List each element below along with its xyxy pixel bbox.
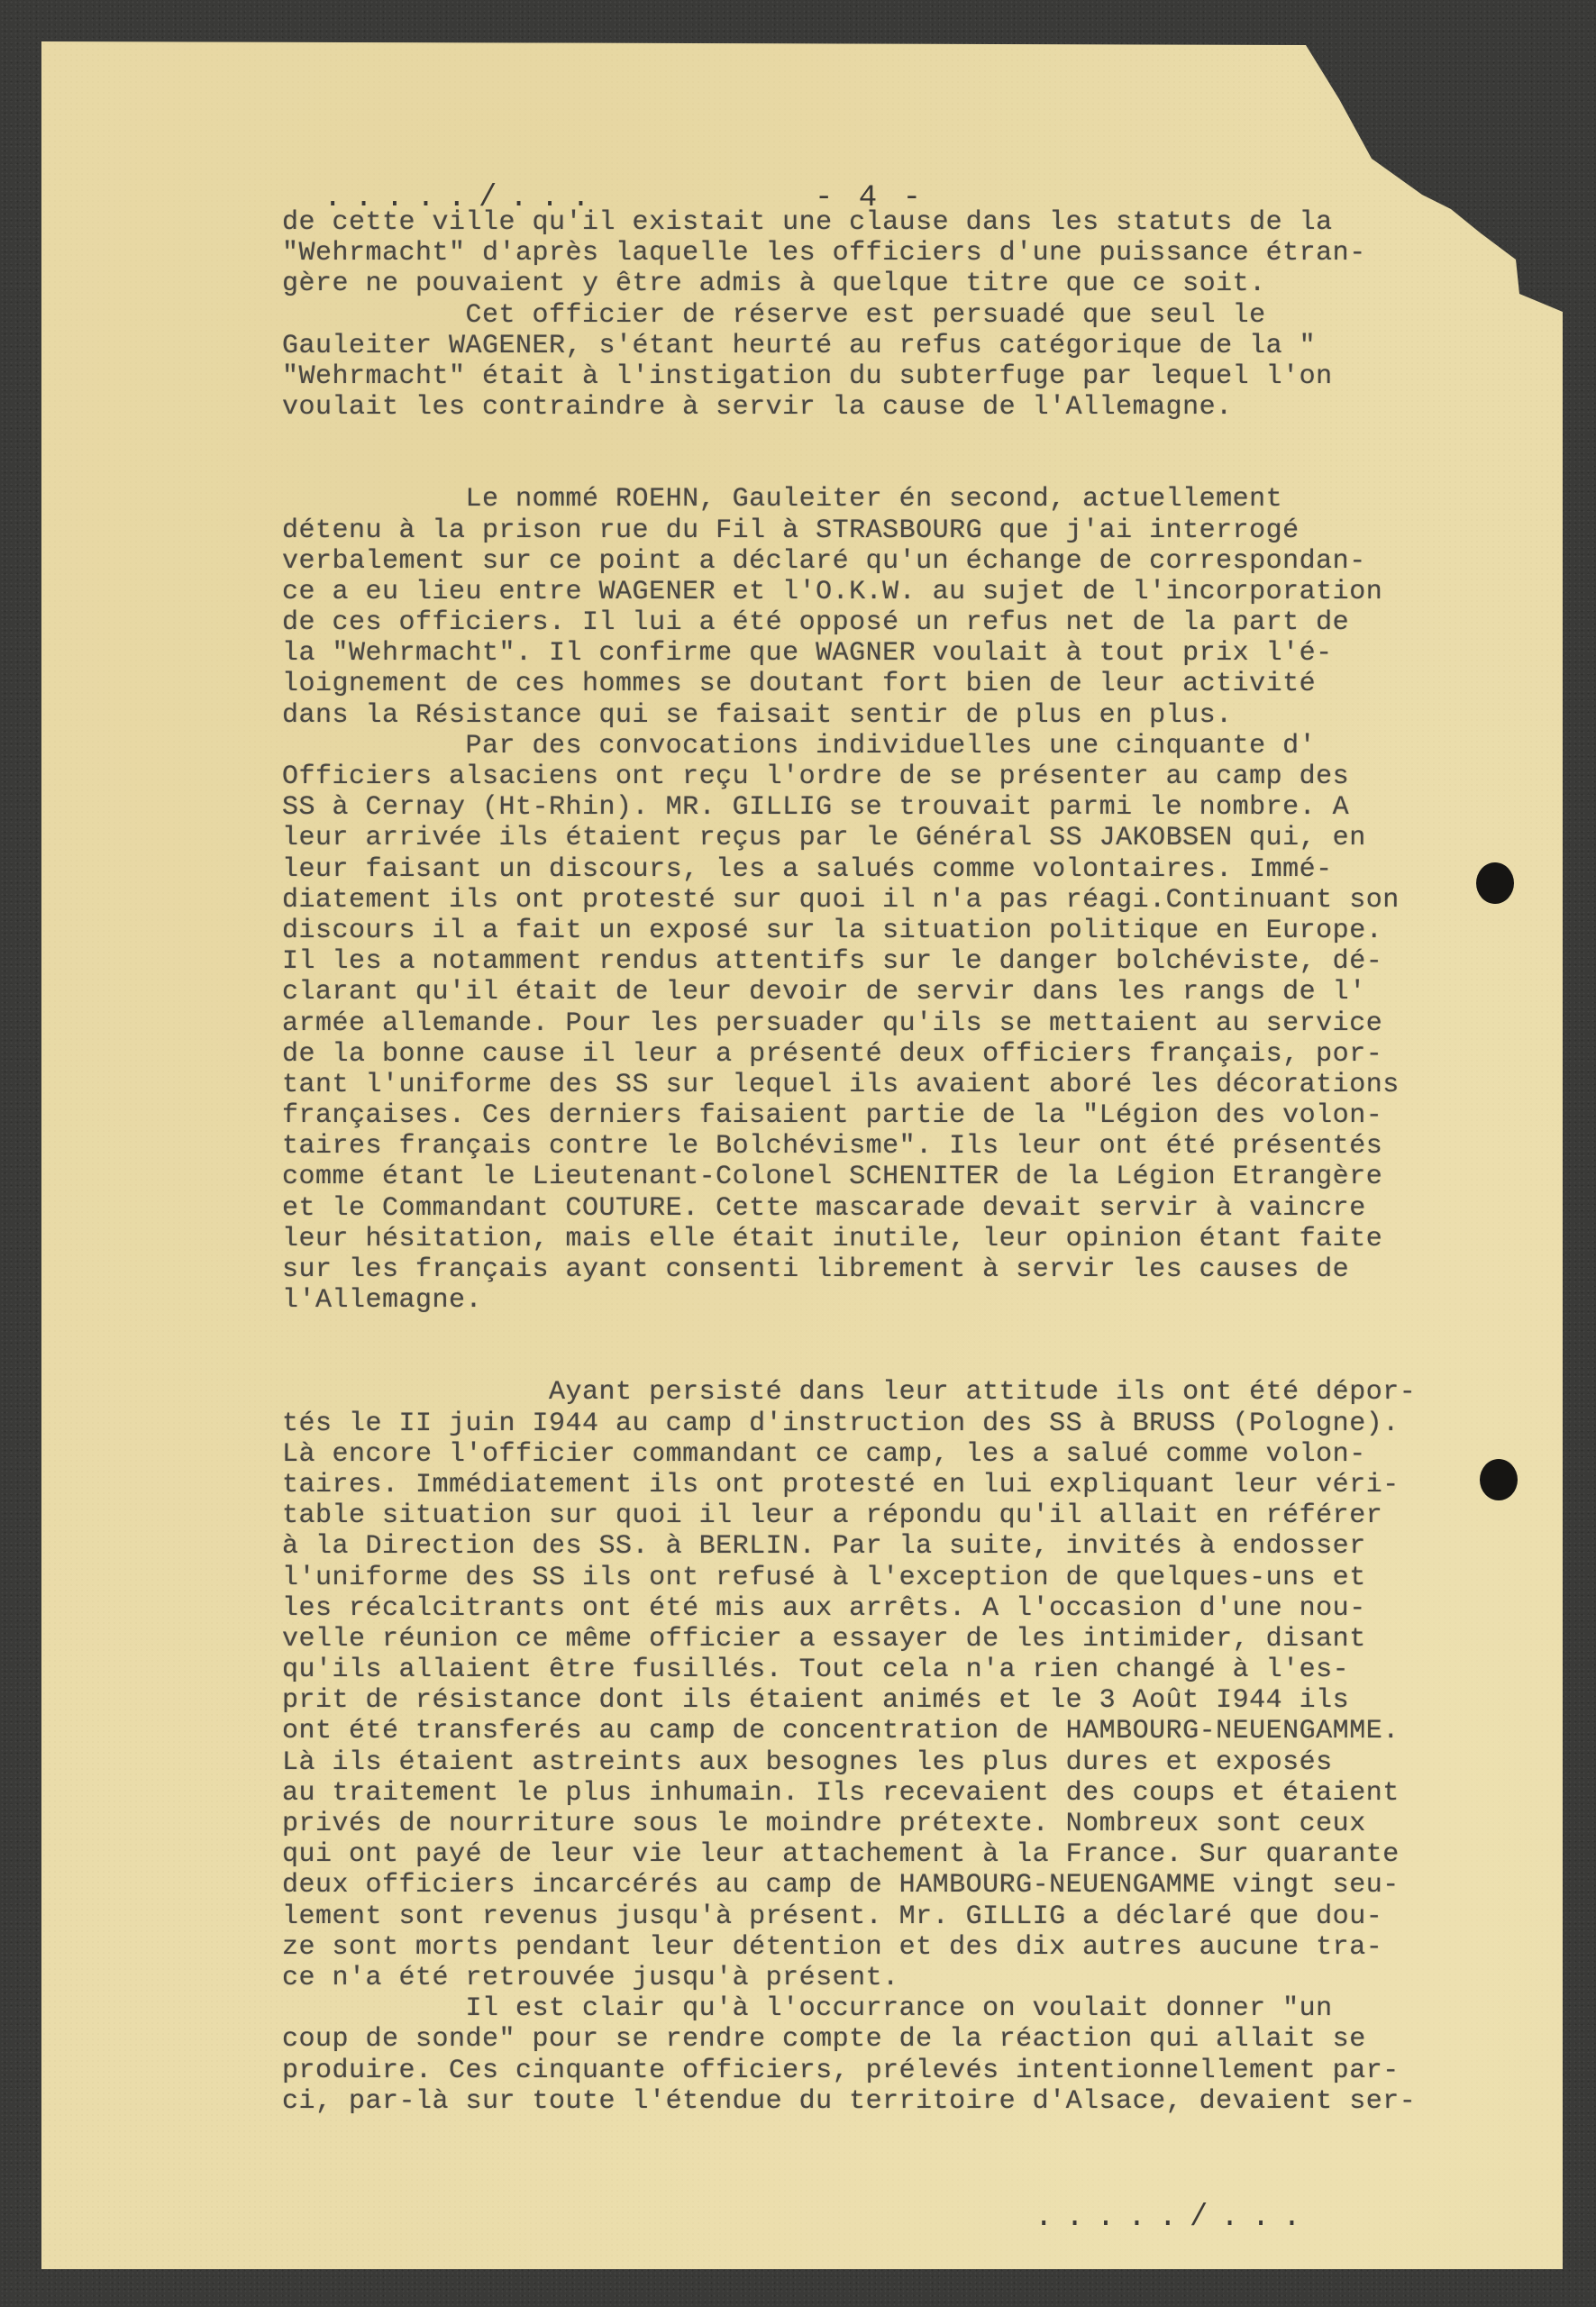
text-line: Ayant persisté dans leur attitude ils on…	[282, 1377, 1571, 1408]
text-line: SS à Cernay (Ht-Rhin). MR. GILLIG se tro…	[282, 792, 1571, 823]
text-line: comme étant le Lieutenant-Colonel SCHENI…	[282, 1162, 1571, 1192]
text-line: Il les a notamment rendus attentifs sur …	[282, 946, 1571, 977]
text-line: de cette ville qu'il existait une clause…	[282, 207, 1571, 238]
text-line: sur les français ayant consenti libremen…	[282, 1254, 1571, 1285]
punch-hole-upper	[1476, 862, 1514, 904]
paragraph-roehn: Le nommé ROEHN, Gauleiter én second, act…	[282, 484, 1571, 731]
text-line: Là ils étaient astreints aux besognes le…	[282, 1747, 1571, 1778]
text-line: coup de sonde" pour se rendre compte de …	[282, 2024, 1571, 2055]
text-line: prit de résistance dont ils étaient anim…	[282, 1685, 1571, 1716]
text-line: leur faisant un discours, les a salués c…	[282, 854, 1571, 885]
text-line: clarant qu'il était de leur devoir de se…	[282, 977, 1571, 1008]
text-line: loignement de ces hommes se doutant fort…	[282, 669, 1571, 699]
footer-continuation-mark: ...../...	[1035, 2201, 1314, 2235]
text-line: Par des convocations individuelles une c…	[282, 731, 1571, 761]
text-line: ont été transferés au camp de concentrat…	[282, 1716, 1571, 1746]
text-line: tant l'uniforme des SS sur lequel ils av…	[282, 1070, 1571, 1100]
text-line: détenu à la prison rue du Fil à STRASBOU…	[282, 515, 1571, 546]
text-line: Cet officier de réserve est persuadé que…	[282, 300, 1571, 331]
text-line: Le nommé ROEHN, Gauleiter én second, act…	[282, 484, 1571, 515]
typewritten-page: ...../... - 4 - de cette ville qu'il exi…	[41, 41, 1563, 2269]
text-line: la "Wehrmacht". Il confirme que WAGNER v…	[282, 638, 1571, 669]
text-line: diatement ils ont protesté sur quoi il n…	[282, 885, 1571, 916]
text-line: de la bonne cause il leur a présenté deu…	[282, 1039, 1571, 1070]
text-line: qui ont payé de leur vie leur attachemen…	[282, 1839, 1571, 1870]
text-line: ce n'a été retrouvée jusqu'à présent.	[282, 1963, 1571, 1993]
punch-hole-lower	[1480, 1459, 1518, 1500]
text-line: leur arrivée ils étaient reçus par le Gé…	[282, 823, 1571, 853]
text-line: "Wehrmacht" d'après laquelle les officie…	[282, 238, 1571, 269]
text-line: Officiers alsaciens ont reçu l'ordre de …	[282, 761, 1571, 792]
paragraph-gap	[282, 1316, 1571, 1377]
text-line: de ces officiers. Il lui a été opposé un…	[282, 607, 1571, 638]
text-line: taires. Immédiatement ils ont protesté e…	[282, 1470, 1571, 1500]
text-line: qu'ils allaient être fusillés. Tout cela…	[282, 1655, 1571, 1685]
text-line: à la Direction des SS. à BERLIN. Par la …	[282, 1531, 1571, 1562]
text-line: ci, par-là sur toute l'étendue du territ…	[282, 2086, 1571, 2117]
text-line: leur hésitation, mais elle était inutile…	[282, 1224, 1571, 1254]
text-line: au traitement le plus inhumain. Ils rece…	[282, 1778, 1571, 1809]
text-line: Il est clair qu'à l'occurrance on voulai…	[282, 1993, 1571, 2024]
text-line: discours il a fait un exposé sur la situ…	[282, 916, 1571, 946]
text-line: armée allemande. Pour les persuader qu'i…	[282, 1008, 1571, 1039]
text-line: gère ne pouvaient y être admis à quelque…	[282, 269, 1571, 299]
text-line: tés le II juin I944 au camp d'instructio…	[282, 1409, 1571, 1439]
text-line: lement sont revenus jusqu'à présent. Mr.…	[282, 1901, 1571, 1932]
text-line: produire. Ces cinquante officiers, préle…	[282, 2056, 1571, 2086]
text-line: ce a eu lieu entre WAGENER et l'O.K.W. a…	[282, 577, 1571, 607]
text-line: l'Allemagne.	[282, 1285, 1571, 1316]
text-line: voulait les contraindre à servir la caus…	[282, 392, 1571, 423]
text-line: table situation sur quoi il leur a répon…	[282, 1500, 1571, 1531]
text-line: velle réunion ce même officier a essayer…	[282, 1624, 1571, 1655]
text-line: Là encore l'officier commandant ce camp,…	[282, 1439, 1571, 1470]
paragraph-coup-de-sonde: Il est clair qu'à l'occurrance on voulai…	[282, 1993, 1571, 2117]
paragraph-continuation: de cette ville qu'il existait une clause…	[282, 207, 1571, 300]
text-line: privés de nourriture sous le moindre pré…	[282, 1809, 1571, 1839]
text-line: ze sont morts pendant leur détention et …	[282, 1932, 1571, 1963]
paragraph-convocations: Par des convocations individuelles une c…	[282, 731, 1571, 1317]
paragraph-deportation: Ayant persisté dans leur attitude ils on…	[282, 1377, 1571, 1993]
text-line: "Wehrmacht" était à l'instigation du sub…	[282, 361, 1571, 392]
text-line: Gauleiter WAGENER, s'étant heurté au ref…	[282, 331, 1571, 361]
text-line: les récalcitrants ont été mis aux arrêts…	[282, 1593, 1571, 1624]
text-line: deux officiers incarcérés au camp de HAM…	[282, 1870, 1571, 1901]
text-line: et le Commandant COUTURE. Cette mascarad…	[282, 1193, 1571, 1224]
text-line: taires français contre le Bolchévisme". …	[282, 1131, 1571, 1162]
paragraph-reserve-officer: Cet officier de réserve est persuadé que…	[282, 300, 1571, 424]
text-line: l'uniforme des SS ils ont refusé à l'exc…	[282, 1563, 1571, 1593]
text-line: françaises. Ces derniers faisaient parti…	[282, 1100, 1571, 1131]
text-line: verbalement sur ce point a déclaré qu'un…	[282, 546, 1571, 577]
document-body: de cette ville qu'il existait une clause…	[282, 207, 1571, 2117]
paragraph-gap	[282, 423, 1571, 484]
text-line: dans la Résistance qui se faisait sentir…	[282, 700, 1571, 731]
